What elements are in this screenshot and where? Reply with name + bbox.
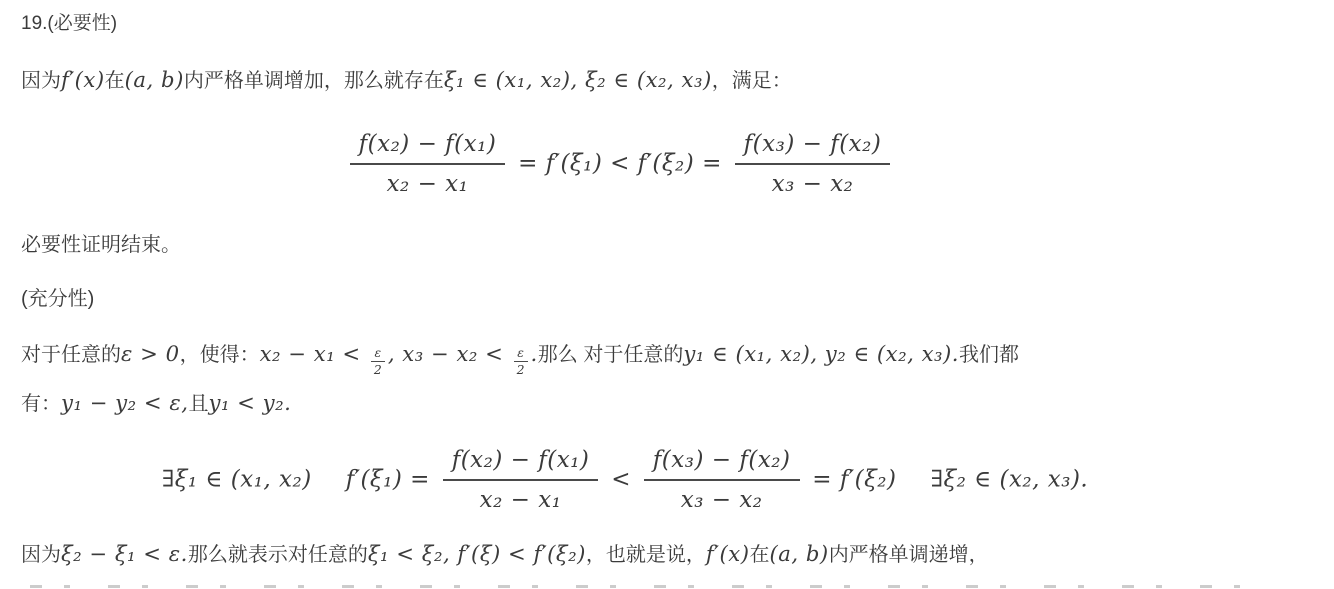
fraction: f(x₃) − f(x₂)x₃ − x₂ xyxy=(735,130,891,199)
necessity-display-equation: f(x₂) − f(x₁)x₂ − x₁ = f′(ξ₁) < f′(ξ₂) =… xyxy=(0,130,1240,199)
sufficiency-heading: (充分性) xyxy=(21,284,94,314)
fraction: f(x₂) − f(x₁)x₂ − x₁ xyxy=(443,446,599,515)
fraction-denominator: x₃ − x₂ xyxy=(644,479,800,515)
fraction-numerator: f(x₂) − f(x₁) xyxy=(350,130,506,163)
text-run: ，也就是说， xyxy=(586,544,706,566)
text-run: 在 xyxy=(105,70,125,92)
text-run: 因为 xyxy=(21,70,61,92)
inline-small-fraction: ε2 xyxy=(514,347,528,377)
fraction-denominator: 2 xyxy=(371,361,385,376)
fraction-denominator: 2 xyxy=(514,361,528,376)
math-run: ∃ξ₁ ∈ (x₁, x₂) xyxy=(162,466,312,492)
text-run: 那么 对于任意的 xyxy=(538,344,684,366)
fraction: f(x₃) − f(x₂)x₃ − x₂ xyxy=(644,446,800,515)
math-run: = f′(ξ₁) < f′(ξ₂) = xyxy=(510,150,729,176)
math-run: (a, b) xyxy=(769,541,828,566)
fraction-numerator: f(x₃) − f(x₂) xyxy=(644,446,800,479)
text-run: 有： xyxy=(21,393,61,415)
math-run: ε > 0 xyxy=(121,341,180,366)
necessity-intro-paragraph: 因为f′(x)在(a, b)内严格单调增加，那么就存在ξ₁ ∈ (x₁, x₂)… xyxy=(21,64,792,96)
fraction-numerator: ε xyxy=(371,347,385,361)
math-run: ξ₁ ∈ (x₁, x₂), ξ₂ ∈ (x₂, x₃) xyxy=(444,67,712,92)
text-run: ，满足： xyxy=(712,70,792,92)
text-run: 那么就表示对任意的 xyxy=(188,544,368,566)
clipped-next-line xyxy=(30,585,1270,588)
sufficiency-intro-paragraph: 对于任意的ε > 0，使得：x₂ − x₁ < ε2, x₃ − x₂ < ε2… xyxy=(21,330,1321,428)
math-run: f′(x) xyxy=(61,67,105,92)
text-run: 因为 xyxy=(21,544,61,566)
text-run: 内严格单调递增， xyxy=(829,544,989,566)
fraction-denominator: x₃ − x₂ xyxy=(735,163,891,199)
fraction-numerator: f(x₂) − f(x₁) xyxy=(443,446,599,479)
fraction-numerator: ε xyxy=(514,347,528,361)
math-run: < xyxy=(603,466,638,492)
text-run: 对于任意的 xyxy=(21,344,121,366)
math-run: ξ₂ − ξ₁ < ε. xyxy=(61,541,188,566)
text-run: 且 xyxy=(188,393,208,415)
sufficiency-display-equation: ∃ξ₁ ∈ (x₁, x₂)f′(ξ₁) = f(x₂) − f(x₁)x₂ −… xyxy=(0,446,1250,515)
math-run: x₂ − x₁ < xyxy=(260,341,368,366)
math-run: ∃ξ₂ ∈ (x₂, x₃). xyxy=(930,466,1088,492)
math-run: f′(x) xyxy=(706,541,750,566)
text-run: (充分性) xyxy=(21,288,94,310)
document-page: 19.(必要性) 因为f′(x)在(a, b)内严格单调增加，那么就存在ξ₁ ∈… xyxy=(0,0,1334,589)
math-run: = f′(ξ₂) xyxy=(805,466,897,492)
math-run: y₁ ∈ (x₁, x₂), y₂ ∈ (x₂, x₃). xyxy=(683,341,959,366)
math-run: f′(ξ₁) = xyxy=(346,466,438,492)
text-run: 我们都 xyxy=(959,344,1019,366)
text-run: 在 xyxy=(749,544,769,566)
conclusion-paragraph: 因为ξ₂ − ξ₁ < ε.那么就表示对任意的ξ₁ < ξ₂, f′(ξ) < … xyxy=(21,538,989,570)
text-run: 必要性证明结束。 xyxy=(21,234,181,256)
math-run: y₁ − y₂ < ε, xyxy=(61,390,188,415)
necessity-end-paragraph: 必要性证明结束。 xyxy=(21,230,181,260)
fraction-denominator: x₂ − x₁ xyxy=(443,479,599,515)
inline-small-fraction: ε2 xyxy=(371,347,385,377)
math-run: . xyxy=(531,341,538,366)
math-run: (a, b) xyxy=(125,67,184,92)
fraction: f(x₂) − f(x₁)x₂ − x₁ xyxy=(350,130,506,199)
problem-heading: 19.(必要性) xyxy=(21,10,117,39)
text-run: 内严格单调增加，那么就存在 xyxy=(184,70,444,92)
math-run: y₁ < y₂. xyxy=(208,390,291,415)
math-run: ξ₁ < ξ₂, f′(ξ) < f′(ξ₂) xyxy=(368,541,586,566)
text-run: ，使得： xyxy=(180,344,260,366)
fraction-numerator: f(x₃) − f(x₂) xyxy=(735,130,891,163)
fraction-denominator: x₂ − x₁ xyxy=(350,163,506,199)
math-run: , x₃ − x₂ < xyxy=(388,341,511,366)
text-run: 19.(必要性) xyxy=(21,13,117,34)
